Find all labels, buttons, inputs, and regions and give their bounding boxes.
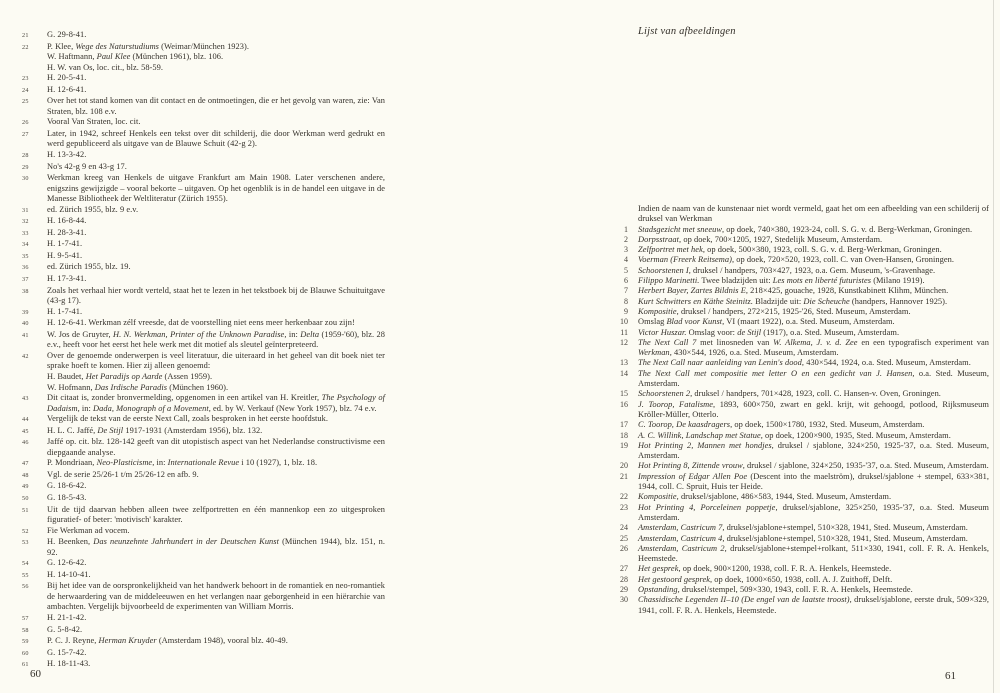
footnote-number: 44: [22, 414, 35, 426]
text-segment: (1917), o.a. Sted. Museum, Amsterdam.: [761, 328, 899, 337]
text-segment: W. Hofmann,: [47, 383, 95, 392]
text-segment: Hot Printing 2, Mannen met hondjes: [638, 441, 772, 450]
footnote-text: No's 42-g 9 en 43-g 17.: [47, 162, 385, 174]
text-segment: No's 42-g 9 en 43-g 17.: [47, 162, 127, 171]
footnote-number: 32: [22, 216, 35, 228]
footnote-number: 23: [22, 73, 35, 85]
item-text: Stadsgezicht met sneeuw, op doek, 740×38…: [638, 225, 989, 235]
text-segment: Blad voor Kunst: [667, 317, 723, 326]
list-item: 20Hot Printing 8, Zittende vrouw, drukse…: [612, 461, 989, 471]
footnote-item: 54G. 12-6-42.: [22, 558, 385, 570]
text-segment: Zelfportret met hek: [638, 245, 703, 254]
footnote-text: Over het tot stand komen van dit contact…: [47, 96, 385, 117]
footnote-number: 39: [22, 307, 35, 319]
text-segment: , in:: [284, 330, 300, 339]
item-number: 1: [612, 225, 628, 235]
text-segment: , 430×544, 1926, o.a. Sted. Museum, Amst…: [670, 348, 839, 357]
footnote-number: 24: [22, 85, 35, 97]
text-segment: Stadsgezicht met sneeuw: [638, 225, 722, 234]
list-item: 15Schoorstenen 2, druksel / handpers, 70…: [612, 389, 989, 399]
text-segment: (Amsterdam 1948), vooral blz. 40-49.: [157, 636, 288, 645]
item-text: Herbert Bayer, Zartes Bildnis E, 218×425…: [638, 286, 989, 296]
list-item: 6Filippo Marinetti. Twee bladzijden uit:…: [612, 276, 989, 286]
item-text: Kompositie, druksel/sjablone, 486×583, 1…: [638, 492, 989, 502]
footnote-number: 38: [22, 286, 35, 307]
text-segment: Later, in 1942, schreef Henkels een teks…: [47, 129, 385, 149]
footnote-text: G. 18-6-42.: [47, 481, 385, 493]
footnote-number: 43: [22, 393, 35, 414]
footnote-item: 40H. 12-6-41. Werkman zélf vreesde, dat …: [22, 318, 385, 330]
list-item: 3Zelfportret met hek, op doek, 500×380, …: [612, 245, 989, 255]
text-segment: (handpers, Hannover 1925).: [850, 297, 947, 306]
list-item: 25Amsterdam, Castricum 4, druksel/sjablo…: [612, 534, 989, 544]
text-segment: H. Baudet,: [47, 372, 86, 381]
item-text: A. C. Willink, Landschap met Statue, op …: [638, 431, 989, 441]
text-segment: W. Haftmann,: [47, 52, 97, 61]
item-number: 11: [612, 328, 628, 338]
text-segment: G. 18-6-42.: [47, 481, 86, 490]
list-item: 29Opstanding, druksel/stempel, 509×330, …: [612, 585, 989, 595]
page-edge: [993, 0, 994, 693]
list-item: 26Amsterdam, Castricum 2, druksel/sjablo…: [612, 544, 989, 565]
footnote-item: 31ed. Zürich 1955, blz. 9 e.v.: [22, 205, 385, 217]
footnote-item: 55H. 14-10-41.: [22, 570, 385, 582]
text-segment: Impression of Edgar Allen Poe: [638, 472, 747, 481]
text-segment: , ed. by W. Verkauf (New York 1957), blz…: [209, 404, 377, 413]
footnote-text: G. 12-6-42.: [47, 558, 385, 570]
item-number: 20: [612, 461, 628, 471]
item-text: Hot Printing 8, Zittende vrouw, druksel …: [638, 461, 989, 471]
footnote-item: 33H. 28-3-41.: [22, 228, 385, 240]
item-text: Het gestoord gesprek, op doek, 1000×650,…: [638, 575, 989, 585]
right-page: Indien de naam van de kunstenaar niet wo…: [612, 204, 989, 616]
footnote-item: 34H. 1-7-41.: [22, 239, 385, 251]
item-text: J. Toorop, Fatalisme, 1893, 600×750, zwa…: [638, 400, 989, 421]
footnote-number: 53: [22, 537, 35, 558]
item-text: Omslag Blad voor Kunst, VI (maart 1922),…: [638, 317, 989, 327]
footnote-text: H. 16-8-44.: [47, 216, 385, 228]
list-item: 23Hot Printing 4, Porceleinen poppetje, …: [612, 503, 989, 524]
item-text: Voerman (Freerk Reitsema), op doek, 720×…: [638, 255, 989, 265]
illustrations-header: Lijst van afbeeldingen: [638, 26, 736, 37]
text-segment: Hot Printing 4, Porceleinen poppetje: [638, 503, 775, 512]
footnote-item: 57H. 21-1-42.: [22, 613, 385, 625]
item-text: Victor Huszar. Omslag voor: de Stijl (19…: [638, 328, 989, 338]
text-segment: Chassidische Legenden II–10 (De engel va…: [638, 595, 850, 604]
footnote-number: 30: [22, 173, 35, 205]
footnote-number: 34: [22, 239, 35, 251]
footnote-text: Fie Werkman ad vocem.: [47, 526, 385, 538]
text-segment: H. 20-5-41.: [47, 73, 86, 82]
text-segment: , druksel / handpers, 272×215, 1925-'26,…: [677, 307, 911, 316]
footnote-text: G. 29-8-41.: [47, 30, 385, 42]
footnote-number: 31: [22, 205, 35, 217]
text-segment: Dorpsstraat: [638, 235, 679, 244]
footnote-text: H. 13-3-42.: [47, 150, 385, 162]
text-segment: Paul Klee: [97, 52, 131, 61]
text-segment: Over het tot stand komen van dit contact…: [47, 96, 385, 116]
list-item: 30Chassidische Legenden II–10 (De engel …: [612, 595, 989, 616]
list-item: 9Kompositie, druksel / handpers, 272×215…: [612, 307, 989, 317]
footnote-item: 61H. 18-11-43.: [22, 659, 385, 671]
text-segment: H. 1-7-41.: [47, 239, 82, 248]
footnote-text: H. 12-6-41. Werkman zélf vreesde, dat de…: [47, 318, 385, 330]
footnote-text: Dit citaat is, zonder bronvermelding, op…: [47, 393, 385, 414]
footnote-text: ed. Zürich 1955, blz. 19.: [47, 262, 385, 274]
text-segment: Over de genoemde onderwerpen is veel lit…: [47, 351, 385, 371]
footnote-number: 50: [22, 493, 35, 505]
text-segment: Werkman kreeg van Henkels de uitgave Fra…: [47, 173, 385, 203]
text-segment: Bladzijde uit:: [753, 297, 803, 306]
footnote-number: 40: [22, 318, 35, 330]
text-segment: ed. Zürich 1955, blz. 9 e.v.: [47, 205, 138, 214]
text-segment: Neo-Plasticisme: [97, 458, 153, 467]
text-segment: met linosneden van: [696, 338, 773, 347]
text-segment: G. 29-8-41.: [47, 30, 86, 39]
text-segment: , op doek, 720×520, 1923, coll. C. van O…: [732, 255, 954, 264]
text-segment: Schoorstenen 2: [638, 389, 690, 398]
footnote-number: 56: [22, 581, 35, 613]
text-segment: H. 13-3-42.: [47, 150, 86, 159]
book-spread: { "left_page": { "page_number": "60", "f…: [0, 0, 1000, 693]
text-segment: Schoorstenen I: [638, 266, 689, 275]
text-segment: G. 5-8-42.: [47, 625, 82, 634]
footnote-text: G. 5-8-42.: [47, 625, 385, 637]
footnote-text: Vgl. de serie 25/26-1 t/m 25/26-12 en af…: [47, 470, 385, 482]
footnote-item: 58G. 5-8-42.: [22, 625, 385, 637]
footnote-item: 26Vooral Van Straten, loc. cit.: [22, 117, 385, 129]
text-segment: , op doek, 500×380, 1923, coll. S. G. v.…: [703, 245, 942, 254]
item-text: The Next Call 7 met linosneden van W. Al…: [638, 338, 989, 359]
text-segment: , in:: [78, 404, 93, 413]
text-segment: G. 12-6-42.: [47, 558, 86, 567]
text-segment: Victor Huszar.: [638, 328, 686, 337]
text-segment: Herman Kruyder: [99, 636, 157, 645]
footnote-item: 32H. 16-8-44.: [22, 216, 385, 228]
footnote-number: 47: [22, 458, 35, 470]
footnote-item: 39H. 1-7-41.: [22, 307, 385, 319]
footnote-number: 60: [22, 648, 35, 660]
footnote-item: 51Uit de tijd daarvan hebben alleen twee…: [22, 505, 385, 526]
text-segment: H. N. Werkman, Printer of the Unknown Pa…: [113, 330, 284, 339]
footnote-item: 41W. Jos de Gruyter, H. N. Werkman, Prin…: [22, 330, 385, 351]
item-number: 3: [612, 245, 628, 255]
text-segment: P. C. J. Reyne,: [47, 636, 99, 645]
text-segment: Das Irdische Paradis: [95, 383, 167, 392]
footnote-item: 56Bij het idee van de oorspronkelijkheid…: [22, 581, 385, 613]
text-segment: H. 16-8-44.: [47, 216, 86, 225]
text-segment: Twee bladzijden uit:: [699, 276, 772, 285]
footnote-number: 52: [22, 526, 35, 538]
text-segment: Jaffé op. cit. blz. 128-142 geeft van di…: [47, 437, 385, 457]
item-number: 10: [612, 317, 628, 327]
item-number: 7: [612, 286, 628, 296]
text-segment: H. 28-3-41.: [47, 228, 86, 237]
text-segment: , op doek, 1000×650, 1938, coll. A. J. Z…: [710, 575, 892, 584]
list-item: 10Omslag Blad voor Kunst, VI (maart 1922…: [612, 317, 989, 327]
footnote-number: 22: [22, 42, 35, 74]
footnote-item: 46Jaffé op. cit. blz. 128-142 geeft van …: [22, 437, 385, 458]
text-segment: H. 9-5-41.: [47, 251, 82, 260]
text-segment: , 218×425, gouache, 1928, Kunstkabinett …: [746, 286, 948, 295]
text-segment: H. Beenken,: [47, 537, 93, 546]
item-number: 13: [612, 358, 628, 368]
text-segment: Dit citaat is, zonder bronvermelding, op…: [47, 393, 322, 402]
text-segment: Filippo Marinetti.: [638, 276, 699, 285]
text-segment: , op doek, 900×1200, 1938, coll. F. R. A…: [678, 564, 891, 573]
footnote-text: H. Beenken, Das neunzehnte Jahrhundert i…: [47, 537, 385, 558]
footnote-item: 49G. 18-6-42.: [22, 481, 385, 493]
footnote-text: Zoals het verhaal hier wordt verteld, st…: [47, 286, 385, 307]
item-number: 5: [612, 266, 628, 276]
list-item: 12The Next Call 7 met linosneden van W. …: [612, 338, 989, 359]
text-segment: Het Paradijs op Aarde: [86, 372, 163, 381]
text-segment: Die Scheuche: [803, 297, 849, 306]
text-segment: H. L. C. Jaffé,: [47, 426, 97, 435]
text-segment: Amsterdam, Castricum 4: [638, 534, 722, 543]
text-segment: J. Toorop, Fatalisme: [638, 400, 713, 409]
text-segment: Omslag voor:: [686, 328, 737, 337]
list-item: 2Dorpsstraat, op doek, 700×1205, 1927, S…: [612, 235, 989, 245]
text-segment: H. 1-7-41.: [47, 307, 82, 316]
text-segment: (München 1961), blz. 106.: [130, 52, 223, 61]
item-number: 9: [612, 307, 628, 317]
page-number-right: 61: [945, 670, 956, 682]
text-segment: C. Toorop, De kaasdragers: [638, 420, 730, 429]
footnote-number: 29: [22, 162, 35, 174]
illustration-list: 1Stadsgezicht met sneeuw, op doek, 740×3…: [612, 225, 989, 616]
text-segment: Hot Printing 8, Zittende vrouw: [638, 461, 743, 470]
footnote-item: 30Werkman kreeg van Henkels de uitgave F…: [22, 173, 385, 205]
text-segment: The Next Call 7: [638, 338, 696, 347]
text-segment: H. 14-10-41.: [47, 570, 91, 579]
text-segment: Uit de tijd daarvan hebben alleen twee z…: [47, 505, 385, 525]
footnote-text: Vooral Van Straten, loc. cit.: [47, 117, 385, 129]
text-segment: Omslag: [638, 317, 667, 326]
list-item: 4Voerman (Freerk Reitsema), op doek, 720…: [612, 255, 989, 265]
text-segment: Bij het idee van de oorspronkelijkheid v…: [47, 581, 385, 611]
list-item: 13The Next Call naar aanleiding van Leni…: [612, 358, 989, 368]
footnote-text: H. 14-10-41.: [47, 570, 385, 582]
item-number: 27: [612, 564, 628, 574]
text-segment: G. 18-5-43.: [47, 493, 86, 502]
footnote-text: H. 1-7-41.: [47, 307, 385, 319]
footnote-text: Uit de tijd daarvan hebben alleen twee z…: [47, 505, 385, 526]
footnote-number: 49: [22, 481, 35, 493]
footnote-item: 29No's 42-g 9 en 43-g 17.: [22, 162, 385, 174]
text-segment: W. Jos de Gruyter,: [47, 330, 113, 339]
text-segment: Amsterdam, Castricum 2: [638, 544, 725, 553]
item-number: 21: [612, 472, 628, 493]
footnote-number: 28: [22, 150, 35, 162]
text-segment: H. W. van Os, loc. cit., blz. 58-59.: [47, 63, 163, 72]
text-segment: (Assen 1959).: [162, 372, 212, 381]
footnote-text: H. 20-5-41.: [47, 73, 385, 85]
text-segment: en een typografisch experiment van: [858, 338, 989, 347]
item-number: 15: [612, 389, 628, 399]
text-segment: Opstanding: [638, 585, 678, 594]
list-item: 11Victor Huszar. Omslag voor: de Stijl (…: [612, 328, 989, 338]
footnote-text: P. Mondriaan, Neo-Plasticisme, in: Inter…: [47, 458, 385, 470]
footnote-item: 53H. Beenken, Das neunzehnte Jahrhundert…: [22, 537, 385, 558]
footnote-number: 35: [22, 251, 35, 263]
footnote-item: 48Vgl. de serie 25/26-1 t/m 25/26-12 en …: [22, 470, 385, 482]
item-number: 14: [612, 369, 628, 390]
footnote-text: H. L. C. Jaffé, De Stijl 1917-1931 (Amst…: [47, 426, 385, 438]
footnote-item: 25Over het tot stand komen van dit conta…: [22, 96, 385, 117]
footnote-item: 24H. 12-6-41.: [22, 85, 385, 97]
text-segment: (Milano 1919).: [871, 276, 925, 285]
list-item: 16J. Toorop, Fatalisme, 1893, 600×750, z…: [612, 400, 989, 421]
text-segment: H. 12-6-41.: [47, 85, 86, 94]
text-segment: ed. Zürich 1955, blz. 19.: [47, 262, 131, 271]
text-segment: Vergelijk de tekst van de eerste Next Ca…: [47, 414, 328, 423]
text-segment: De Stijl: [97, 426, 123, 435]
item-text: Chassidische Legenden II–10 (De engel va…: [638, 595, 989, 616]
item-number: 12: [612, 338, 628, 359]
illustrations-intro: Indien de naam van de kunstenaar niet wo…: [638, 204, 989, 225]
text-segment: H. 18-11-43.: [47, 659, 90, 668]
item-text: Impression of Edgar Allen Poe (Descent i…: [638, 472, 989, 493]
text-segment: W. Alkema, J. v. d. Zee: [773, 338, 857, 347]
item-number: 17: [612, 420, 628, 430]
text-segment: , druksel/sjablone, 486×583, 1944, Sted.…: [677, 492, 891, 501]
text-segment: , druksel / handpers, 701×428, 1923, col…: [690, 389, 941, 398]
text-segment: Vgl. de serie 25/26-1 t/m 25/26-12 en af…: [47, 470, 199, 479]
list-item: 14The Next Call met compositie met lette…: [612, 369, 989, 390]
text-segment: P. Mondriaan,: [47, 458, 97, 467]
item-text: Schoorstenen 2, druksel / handpers, 701×…: [638, 389, 989, 399]
footnote-number: 26: [22, 117, 35, 129]
text-segment: Zoals het verhaal hier wordt verteld, st…: [47, 286, 385, 306]
list-item: 18A. C. Willink, Landschap met Statue, o…: [612, 431, 989, 441]
footnote-text: G. 15-7-42.: [47, 648, 385, 660]
text-segment: , op doek, 740×380, 1923-24, coll. S. G.…: [722, 225, 972, 234]
footnote-item: 27Later, in 1942, schreef Henkels een te…: [22, 129, 385, 150]
item-number: 24: [612, 523, 628, 533]
item-number: 4: [612, 255, 628, 265]
footnote-item: 36ed. Zürich 1955, blz. 19.: [22, 262, 385, 274]
footnote-text: H. 21-1-42.: [47, 613, 385, 625]
text-segment: 1917-1931 (Amsterdam 1956), blz. 132.: [123, 426, 262, 435]
item-number: 30: [612, 595, 628, 616]
footnote-item: 45H. L. C. Jaffé, De Stijl 1917-1931 (Am…: [22, 426, 385, 438]
footnote-number: 27: [22, 129, 35, 150]
text-segment: Fie Werkman ad vocem.: [47, 526, 130, 535]
item-number: 26: [612, 544, 628, 565]
text-segment: , druksel/sjablone+stempel, 510×328, 194…: [722, 523, 968, 532]
footnote-text: H. 1-7-41.: [47, 239, 385, 251]
list-item: 24Amsterdam, Castricum 7, druksel/sjablo…: [612, 523, 989, 533]
footnote-number: 21: [22, 30, 35, 42]
footnote-text: Vergelijk de tekst van de eerste Next Ca…: [47, 414, 385, 426]
item-text: Amsterdam, Castricum 2, druksel/sjablone…: [638, 544, 989, 565]
footnote-text: P. Klee, Wege des Naturstudiums (Weimar/…: [47, 42, 385, 74]
text-segment: , op doek, 1200×900, 1935, Sted. Museum,…: [761, 431, 951, 440]
item-number: 23: [612, 503, 628, 524]
list-item: 8Kurt Schwitters en Käthe Steinitz. Blad…: [612, 297, 989, 307]
text-segment: G. 15-7-42.: [47, 648, 86, 657]
text-segment: Kurt Schwitters en Käthe Steinitz.: [638, 297, 753, 306]
footnote-item: 23H. 20-5-41.: [22, 73, 385, 85]
text-segment: , VI (maart 1922), o.a. Sted. Museum, Am…: [722, 317, 895, 326]
footnote-item: 60G. 15-7-42.: [22, 648, 385, 660]
footnote-number: 59: [22, 636, 35, 648]
footnote-text: H. 17-3-41.: [47, 274, 385, 286]
footnote-number: 37: [22, 274, 35, 286]
item-text: Amsterdam, Castricum 7, druksel/sjablone…: [638, 523, 989, 533]
list-item: 27Het gesprek, op doek, 900×1200, 1938, …: [612, 564, 989, 574]
list-item: 22Kompositie, druksel/sjablone, 486×583,…: [612, 492, 989, 502]
list-item: 28Het gestoord gesprek, op doek, 1000×65…: [612, 575, 989, 585]
text-segment: , in:: [152, 458, 167, 467]
footnote-number: 41: [22, 330, 35, 351]
footnote-number: 57: [22, 613, 35, 625]
footnote-text: Werkman kreeg van Henkels de uitgave Fra…: [47, 173, 385, 205]
text-segment: , druksel/stempel, 509×330, 1943, coll. …: [678, 585, 913, 594]
item-number: 29: [612, 585, 628, 595]
footnote-text: Over de genoemde onderwerpen is veel lit…: [47, 351, 385, 393]
footnote-item: 59P. C. J. Reyne, Herman Kruyder (Amster…: [22, 636, 385, 648]
text-segment: The Next Call naar aanleiding van Lenin'…: [638, 358, 802, 367]
footnote-item: 22P. Klee, Wege des Naturstudiums (Weima…: [22, 42, 385, 74]
text-segment: Herbert Bayer, Zartes Bildnis E: [638, 286, 746, 295]
text-segment: (München 1960).: [167, 383, 228, 392]
footnote-number: 42: [22, 351, 35, 393]
item-text: Schoorstenen I, druksel / handpers, 703×…: [638, 266, 989, 276]
item-number: 28: [612, 575, 628, 585]
footnote-number: 58: [22, 625, 35, 637]
text-segment: P. Klee,: [47, 42, 75, 51]
list-item: 19Hot Printing 2, Mannen met hondjes, dr…: [612, 441, 989, 462]
text-segment: Voerman (Freerk Reitsema): [638, 255, 732, 264]
footnote-text: H. 12-6-41.: [47, 85, 385, 97]
text-segment: Delta: [300, 330, 319, 339]
footnote-item: 37H. 17-3-41.: [22, 274, 385, 286]
footnote-number: 46: [22, 437, 35, 458]
footnote-number: 51: [22, 505, 35, 526]
item-number: 16: [612, 400, 628, 421]
text-segment: A. C. Willink, Landschap met Statue: [638, 431, 761, 440]
item-text: The Next Call naar aanleiding van Lenin'…: [638, 358, 989, 368]
footnote-item: 52Fie Werkman ad vocem.: [22, 526, 385, 538]
text-segment: , druksel / handpers, 703×427, 1923, o.a…: [689, 266, 935, 275]
text-segment: Vooral Van Straten, loc. cit.: [47, 117, 140, 126]
text-segment: i 10 (1927), 1, blz. 18.: [239, 458, 317, 467]
item-text: C. Toorop, De kaasdragers, op doek, 1500…: [638, 420, 989, 430]
list-item: 5Schoorstenen I, druksel / handpers, 703…: [612, 266, 989, 276]
text-segment: , op doek, 700×1205, 1927, Stedelijk Mus…: [679, 235, 882, 244]
item-text: Kompositie, druksel / handpers, 272×215,…: [638, 307, 989, 317]
footnote-number: 33: [22, 228, 35, 240]
text-segment: Internationale Revue: [168, 458, 239, 467]
footnote-number: 48: [22, 470, 35, 482]
footnote-item: 38Zoals het verhaal hier wordt verteld, …: [22, 286, 385, 307]
footnote-text: H. 28-3-41.: [47, 228, 385, 240]
item-number: 18: [612, 431, 628, 441]
list-item: 17C. Toorop, De kaasdragers, op doek, 15…: [612, 420, 989, 430]
footnote-text: W. Jos de Gruyter, H. N. Werkman, Printe…: [47, 330, 385, 351]
item-text: Hot Printing 2, Mannen met hondjes, druk…: [638, 441, 989, 462]
text-segment: Wege des Naturstudiums: [75, 42, 159, 51]
footnote-item: 35H. 9-5-41.: [22, 251, 385, 263]
footnote-text: Later, in 1942, schreef Henkels een teks…: [47, 129, 385, 150]
page-number-left: 60: [30, 668, 41, 680]
item-number: 8: [612, 297, 628, 307]
text-segment: Les mots en liberté futuristes: [773, 276, 871, 285]
footnote-item: 44Vergelijk de tekst van de eerste Next …: [22, 414, 385, 426]
footnote-text: G. 18-5-43.: [47, 493, 385, 505]
